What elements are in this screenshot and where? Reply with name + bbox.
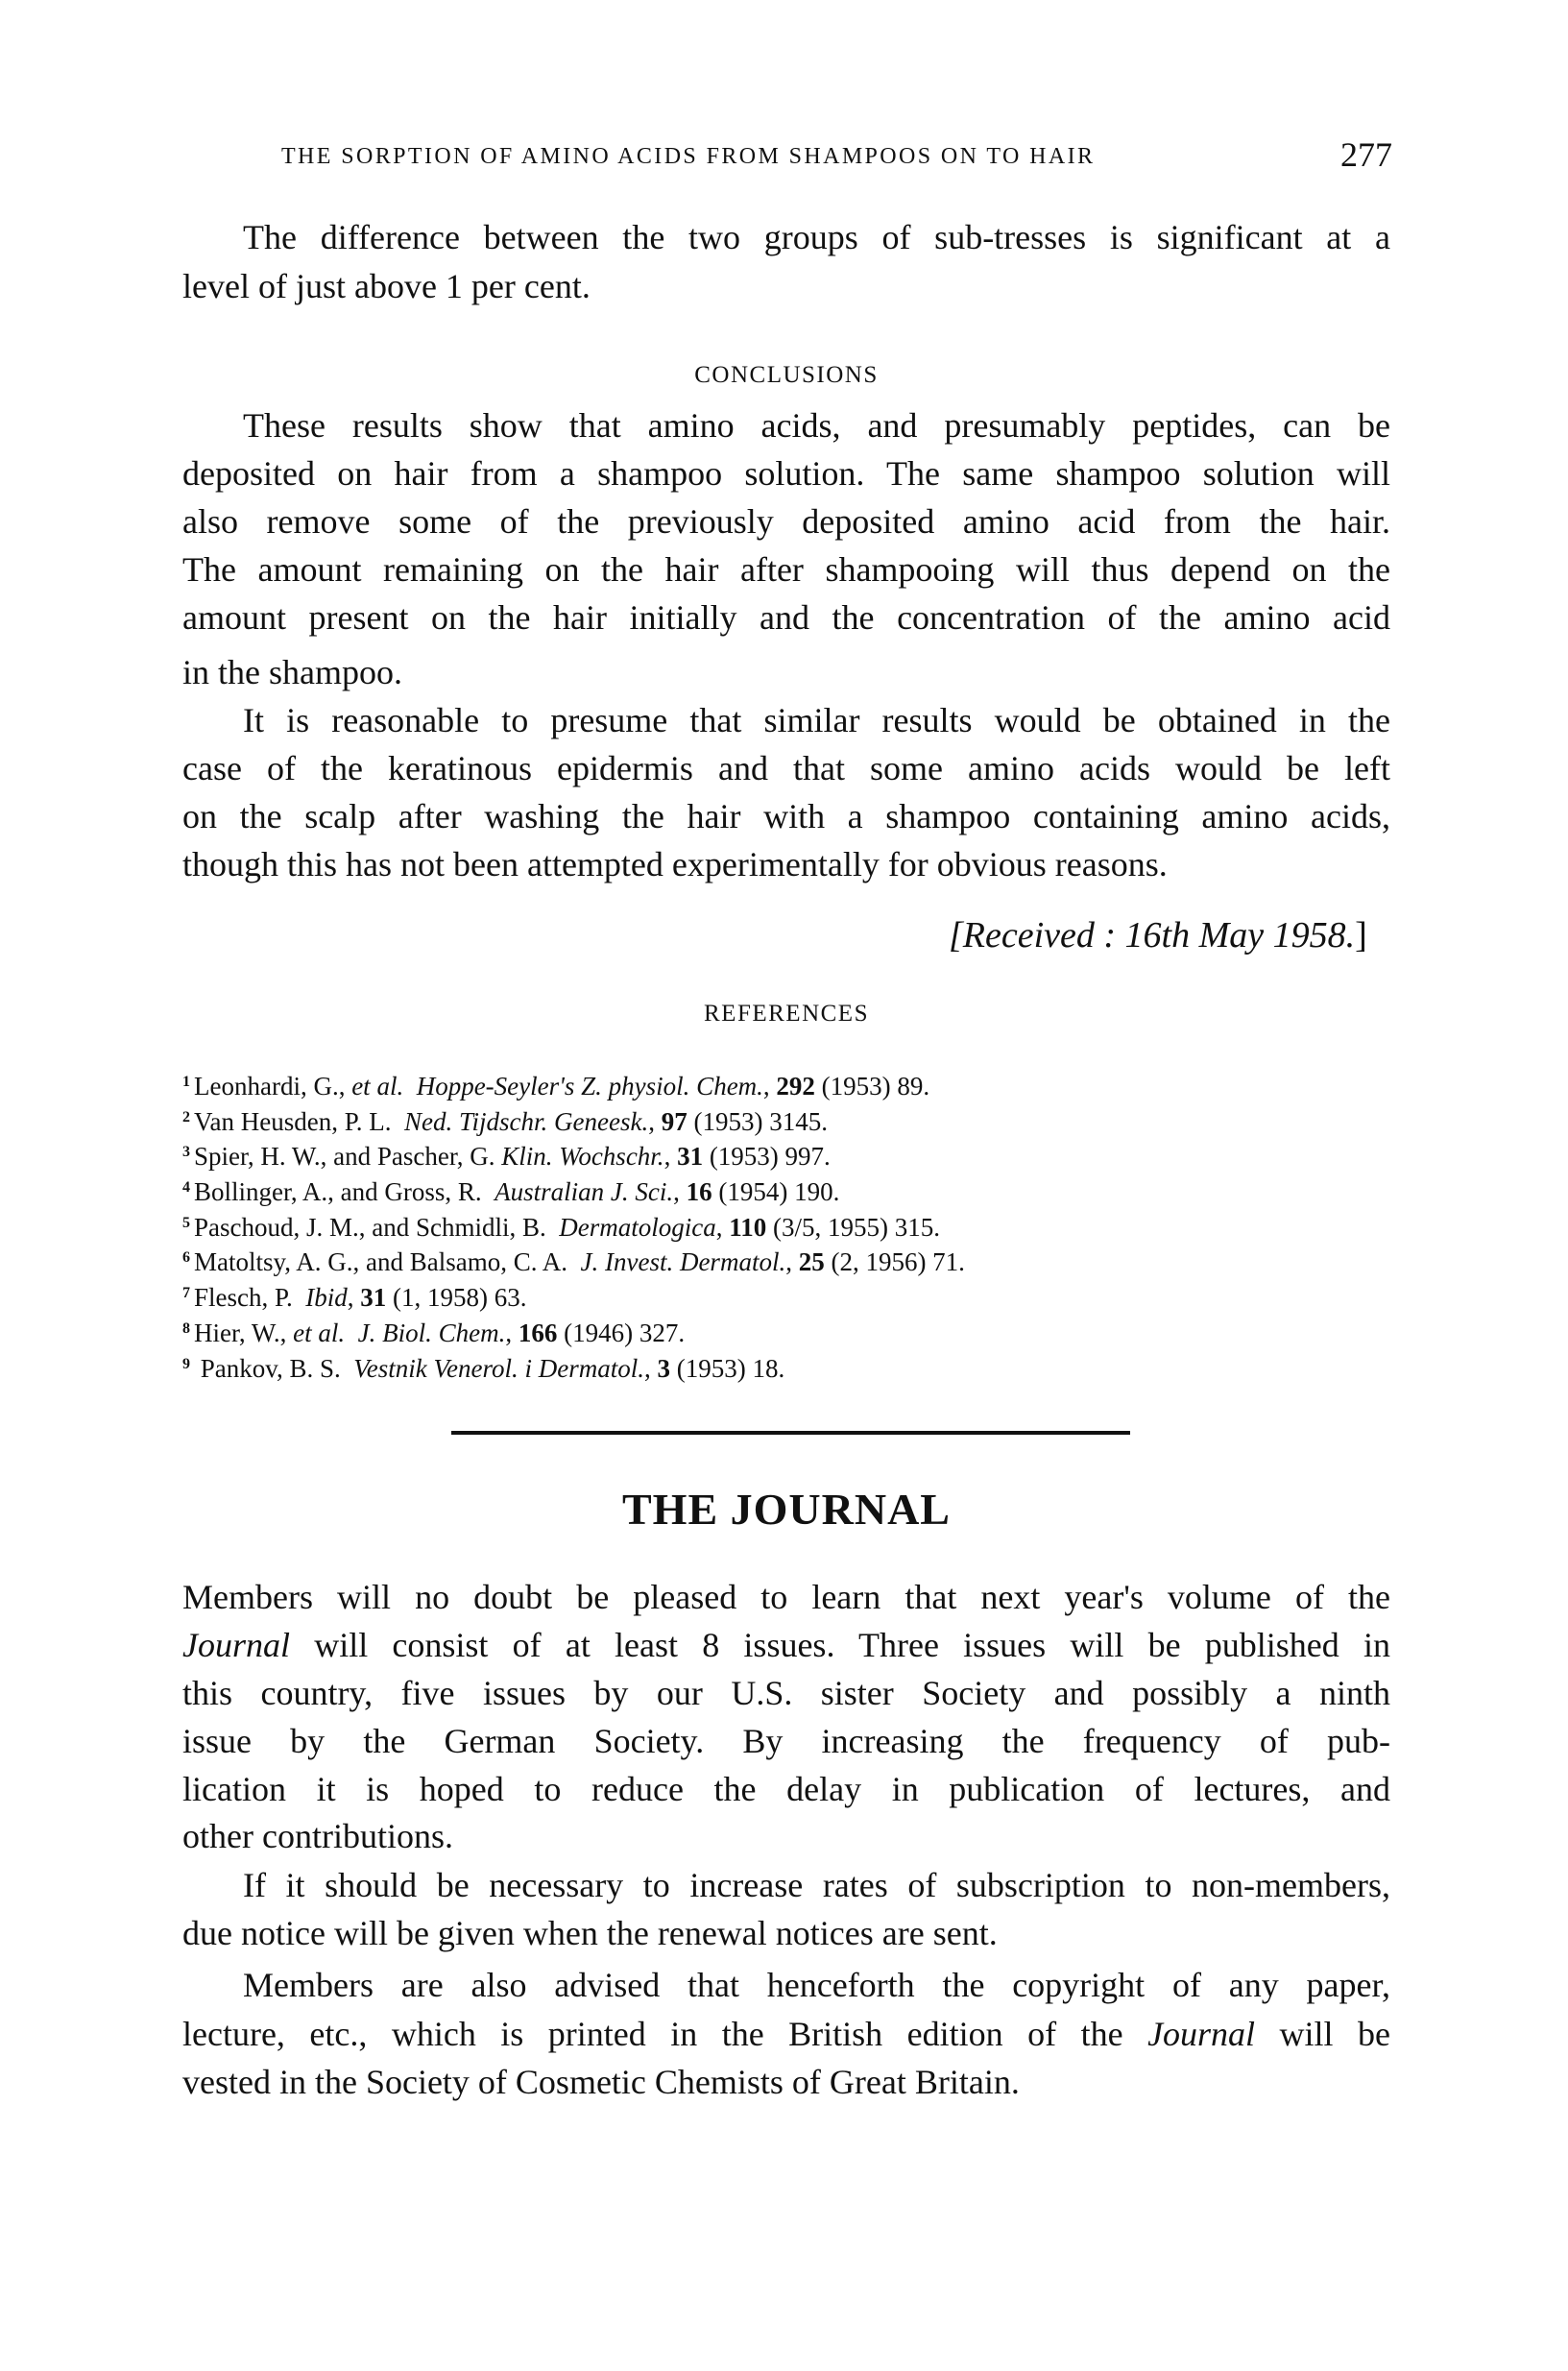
reference-separator: , xyxy=(505,1319,519,1347)
received-date: [Received : 16th May 1958.] xyxy=(949,914,1367,956)
body-line: It is reasonable to presume that similar… xyxy=(243,696,1390,744)
reference-number: 1 xyxy=(182,1074,190,1090)
reference-item: 4Bollinger, A., and Gross, R. Australian… xyxy=(182,1171,839,1205)
section-divider xyxy=(451,1431,1130,1435)
reference-item: 3Spier, H. W., and Pascher, G. Klin. Woc… xyxy=(182,1135,831,1170)
body-line: on the scalp after washing the hair with… xyxy=(182,792,1390,840)
body-text: lecture, etc., which is printed in the B… xyxy=(182,2015,1147,2053)
reference-authors: Pankov, B. S. xyxy=(194,1354,348,1383)
reference-number: 3 xyxy=(182,1144,190,1160)
reference-separator: , xyxy=(716,1213,730,1242)
reference-year-page: (1953) 89. xyxy=(815,1072,929,1101)
body-line: also remove some of the previously depos… xyxy=(182,497,1390,545)
reference-volume: 166 xyxy=(519,1319,558,1347)
reference-year-page: (2, 1956) 71. xyxy=(825,1247,965,1276)
reference-journal: Klin. Wochschr. xyxy=(501,1142,663,1171)
body-line: The difference between the two groups of… xyxy=(243,213,1390,261)
reference-journal: Ibid xyxy=(305,1283,348,1312)
reference-number: 4 xyxy=(182,1179,190,1196)
reference-authors: Spier, H. W., and Pascher, G. xyxy=(194,1142,501,1171)
running-head: THE SORPTION OF AMINO ACIDS FROM SHAMPOO… xyxy=(281,144,1095,170)
body-line: The amount remaining on the hair after s… xyxy=(182,545,1390,593)
reference-year-page: (1953) 18. xyxy=(670,1354,784,1383)
body-line: Members will no doubt be pleased to lear… xyxy=(182,1573,1390,1621)
reference-authors: Leonhardi, G., xyxy=(194,1072,351,1101)
reference-separator: , xyxy=(664,1142,678,1171)
reference-journal: Vestnik Venerol. i Dermatol. xyxy=(353,1354,644,1383)
reference-journal: Hoppe-Seyler's Z. physiol. Chem. xyxy=(417,1072,763,1101)
reference-year-page: (1953) 3145. xyxy=(688,1107,828,1136)
body-line: lication it is hoped to reduce the delay… xyxy=(182,1765,1390,1813)
body-line: due notice will be given when the renewa… xyxy=(182,1909,1390,1957)
received-text: [Received : 16th May 1958. xyxy=(949,915,1355,956)
body-line: deposited on hair from a shampoo solutio… xyxy=(182,449,1390,497)
reference-journal: Dermatologica xyxy=(559,1213,715,1242)
body-line: in the shampoo. xyxy=(182,648,1390,696)
reference-volume: 31 xyxy=(677,1142,703,1171)
reference-item: 7Flesch, P. Ibid, 31 (1, 1958) 63. xyxy=(182,1276,527,1311)
reference-year-page: (3/5, 1955) 315. xyxy=(766,1213,940,1242)
reference-journal: J. Biol. Chem. xyxy=(358,1319,506,1347)
reference-authors: Paschoud, J. M., and Schmidli, B. xyxy=(194,1213,553,1242)
journal-italic: Journal xyxy=(182,1626,290,1664)
reference-item: 2Van Heusden, P. L. Ned. Tijdschr. Genee… xyxy=(182,1101,828,1135)
body-text: will be xyxy=(1255,2015,1390,2053)
reference-item: 1Leonhardi, G., et al. Hoppe-Seyler's Z.… xyxy=(182,1065,929,1100)
reference-separator: , xyxy=(644,1354,658,1383)
reference-volume: 16 xyxy=(687,1177,712,1206)
body-text: will consist of at least 8 issues. Three… xyxy=(290,1626,1390,1664)
body-line: Members are also advised that henceforth… xyxy=(243,1961,1390,2009)
body-line: this country, five issues by our U.S. si… xyxy=(182,1669,1390,1717)
reference-year-page: (1946) 327. xyxy=(557,1319,685,1347)
reference-authors: Hier, W., xyxy=(194,1319,293,1347)
reference-separator: , xyxy=(763,1072,777,1101)
reference-etal: et al. xyxy=(351,1072,403,1101)
reference-separator: , xyxy=(785,1247,799,1276)
journal-italic: Journal xyxy=(1147,2015,1255,2053)
reference-journal: Ned. Tijdschr. Geneesk. xyxy=(404,1107,648,1136)
body-line: vested in the Society of Cosmetic Chemis… xyxy=(182,2058,1390,2106)
reference-year-page: (1954) 190. xyxy=(712,1177,840,1206)
reference-volume: 3 xyxy=(657,1354,670,1383)
reference-volume: 110 xyxy=(729,1213,766,1242)
reference-number: 7 xyxy=(182,1285,190,1301)
reference-volume: 292 xyxy=(776,1072,815,1101)
reference-item: 8Hier, W., et al. J. Biol. Chem., 166 (1… xyxy=(182,1312,685,1346)
reference-volume: 25 xyxy=(799,1247,825,1276)
reference-year-page: (1953) 997. xyxy=(703,1142,831,1171)
reference-item: 9 Pankov, B. S. Vestnik Venerol. i Derma… xyxy=(182,1347,784,1382)
reference-number: 9 xyxy=(182,1356,190,1372)
reference-number: 8 xyxy=(182,1320,190,1337)
body-line: amount present on the hair initially and… xyxy=(182,593,1390,641)
reference-volume: 31 xyxy=(360,1283,386,1312)
reference-separator: , xyxy=(673,1177,687,1206)
body-line: If it should be necessary to increase ra… xyxy=(243,1861,1390,1909)
reference-item: 5Paschoud, J. M., and Schmidli, B. Derma… xyxy=(182,1206,940,1241)
reference-journal: J. Invest. Dermatol. xyxy=(581,1247,786,1276)
reference-number: 6 xyxy=(182,1249,190,1266)
reference-separator: , xyxy=(348,1283,361,1312)
reference-etal: et al. xyxy=(293,1319,345,1347)
body-line: issue by the German Society. By increasi… xyxy=(182,1717,1390,1765)
reference-authors: Van Heusden, P. L. xyxy=(194,1107,398,1136)
body-line: These results show that amino acids, and… xyxy=(243,401,1390,449)
body-line: other contributions. xyxy=(182,1812,1390,1860)
reference-volume: 97 xyxy=(662,1107,688,1136)
body-line: Journal will consist of at least 8 issue… xyxy=(182,1621,1390,1669)
section-heading-references: REFERENCES xyxy=(182,1001,1390,1028)
reference-authors: Flesch, P. xyxy=(194,1283,300,1312)
reference-number: 5 xyxy=(182,1215,190,1231)
body-line: level of just above 1 per cent. xyxy=(182,262,1390,310)
body-line: though this has not been attempted exper… xyxy=(182,840,1390,888)
section-heading-conclusions: CONCLUSIONS xyxy=(182,362,1390,389)
body-line: lecture, etc., which is printed in the B… xyxy=(182,2010,1390,2058)
journal-notice-title: THE JOURNAL xyxy=(182,1484,1390,1535)
reference-year-page: (1, 1958) 63. xyxy=(386,1283,526,1312)
reference-authors: Bollinger, A., and Gross, R. xyxy=(194,1177,488,1206)
reference-authors: Matoltsy, A. G., and Balsamo, C. A. xyxy=(194,1247,574,1276)
page-number: 277 xyxy=(1337,134,1392,175)
body-line: case of the keratinous epidermis and tha… xyxy=(182,744,1390,792)
received-bracket: ] xyxy=(1355,915,1367,956)
reference-separator: , xyxy=(648,1107,662,1136)
reference-number: 2 xyxy=(182,1109,190,1125)
reference-item: 6Matoltsy, A. G., and Balsamo, C. A. J. … xyxy=(182,1241,965,1275)
reference-journal: Australian J. Sci. xyxy=(495,1177,673,1206)
